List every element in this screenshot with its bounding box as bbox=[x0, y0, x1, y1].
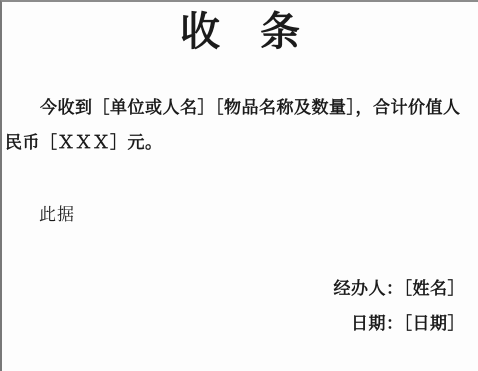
signature-block: 经办人：［姓名］ 日期：［日期］ bbox=[334, 271, 466, 341]
receipt-document: 收 条 今收到［单位或人名］［物品名称及数量］，合计价值人 民币［ＸＸＸ］元。 … bbox=[0, 0, 478, 371]
date-line: 日期：［日期］ bbox=[334, 306, 466, 341]
body-line-1: 今收到［单位或人名］［物品名称及数量］，合计价值人 bbox=[5, 90, 472, 125]
closing-phrase: 此据 bbox=[39, 203, 75, 227]
handler-line: 经办人：［姓名］ bbox=[334, 271, 466, 306]
body-paragraph: 今收到［单位或人名］［物品名称及数量］，合计价值人 民币［ＸＸＸ］元。 bbox=[5, 90, 472, 160]
document-title: 收 条 bbox=[2, 7, 478, 57]
body-line-2: 民币［ＸＸＸ］元。 bbox=[5, 125, 472, 160]
